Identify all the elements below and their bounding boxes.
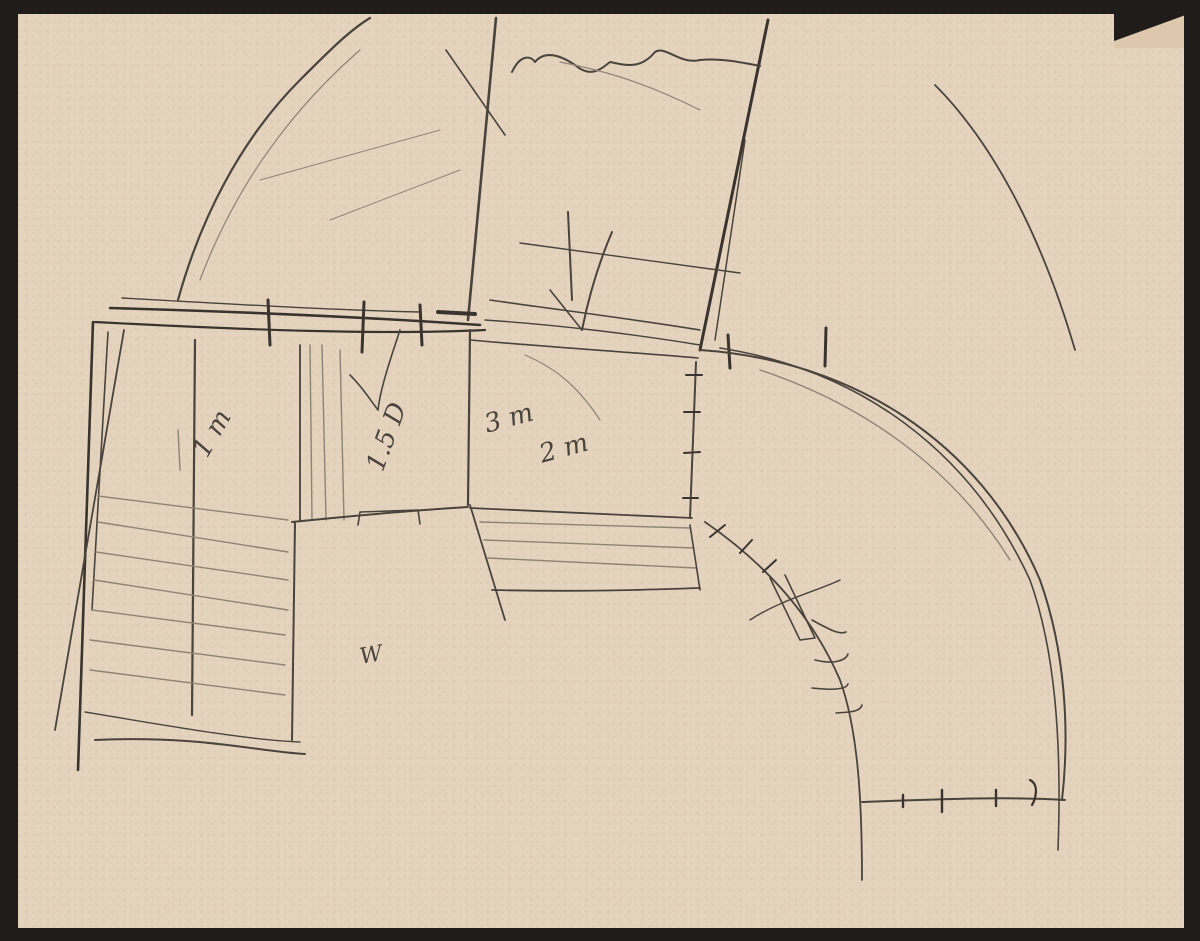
inner-arc — [705, 522, 862, 880]
left-inner-wall — [192, 340, 195, 715]
center-left-wall — [292, 522, 295, 740]
right-wall-upper — [700, 20, 768, 350]
artwork-frame: 1 m 1.5 D 3 m 2 m W — [0, 0, 1200, 941]
central-wall-lower — [468, 330, 470, 505]
left-outer-wall — [78, 322, 93, 770]
wavy-top-line — [512, 50, 760, 72]
outer-arc — [700, 350, 1066, 800]
central-wall-upper — [468, 18, 496, 320]
main-beam — [110, 308, 480, 325]
annotation-room-lower: W — [358, 641, 385, 670]
right-room-wall — [690, 362, 696, 518]
upper-left-arc — [178, 18, 370, 300]
far-right-arc — [935, 85, 1075, 350]
floor-plan-sketch — [0, 0, 1200, 941]
